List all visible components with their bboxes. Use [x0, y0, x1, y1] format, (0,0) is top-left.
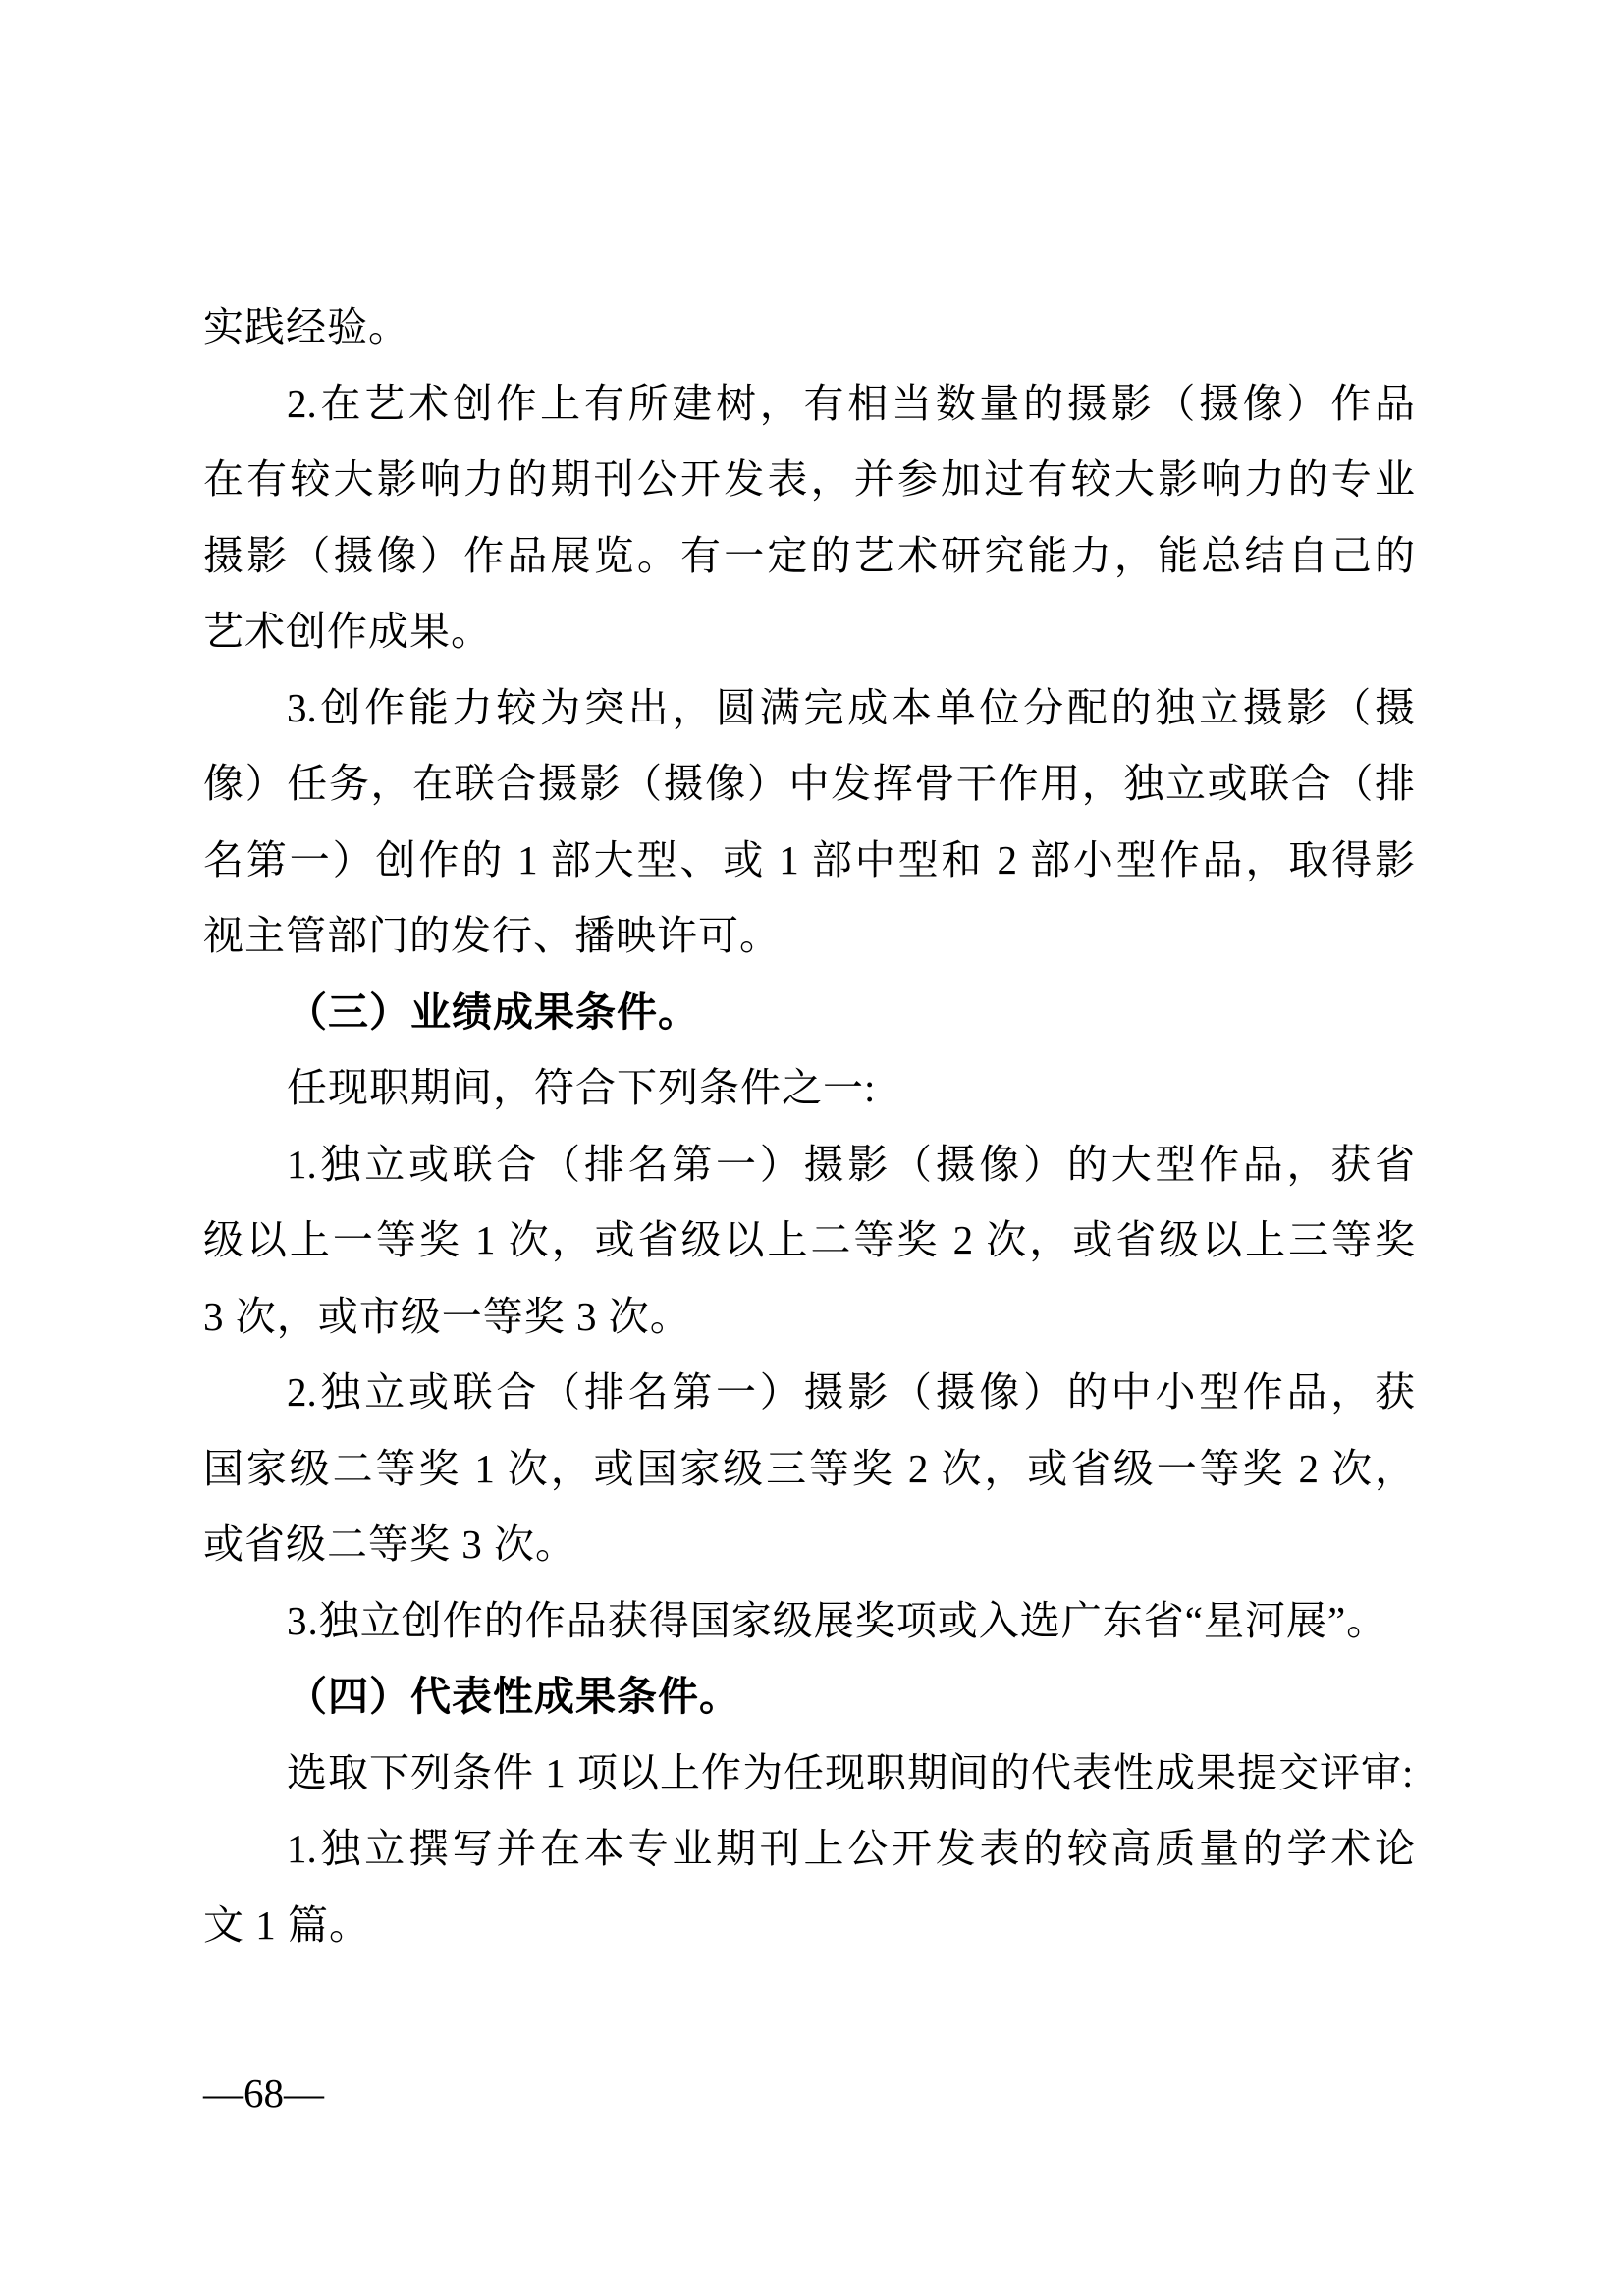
body-line: 像）任务，在联合摄影（摄像）中发挥骨干作用，独立或联合（排: [203, 746, 1415, 823]
body-line: 名第一）创作的 1 部大型、或 1 部中型和 2 部小型作品，取得影: [203, 823, 1415, 899]
body-line: 艺术创作成果。: [203, 594, 1415, 670]
document-body: 实践经验。 2.在艺术创作上有所建树，有相当数量的摄影（摄像）作品 在有较大影响…: [203, 290, 1415, 1963]
body-line: 实践经验。: [203, 290, 1415, 366]
body-line: 视主管部门的发行、播映许可。: [203, 898, 1415, 975]
body-line: 3 次，或市级一等奖 3 次。: [203, 1279, 1415, 1356]
body-line: 选取下列条件 1 项以上作为任现职期间的代表性成果提交评审:: [203, 1735, 1415, 1812]
body-line: 级以上一等奖 1 次，或省级以上二等奖 2 次，或省级以上三等奖: [203, 1202, 1415, 1279]
document-page: 实践经验。 2.在艺术创作上有所建树，有相当数量的摄影（摄像）作品 在有较大影响…: [0, 0, 1623, 2296]
page-number: —68—: [203, 2067, 324, 2118]
section-heading-3: （三）业绩成果条件。: [203, 975, 1415, 1051]
body-line: 3.独立创作的作品获得国家级展奖项或入选广东省“星河展”。: [203, 1583, 1415, 1660]
body-line: 或省级二等奖 3 次。: [203, 1507, 1415, 1583]
section-heading-4: （四）代表性成果条件。: [203, 1659, 1415, 1735]
body-line: 在有较大影响力的期刊公开发表，并参加过有较大影响力的专业: [203, 442, 1415, 518]
body-line: 1.独立撰写并在本专业期刊上公开发表的较高质量的学术论: [203, 1811, 1415, 1888]
body-line: 国家级二等奖 1 次，或国家级三等奖 2 次，或省级一等奖 2 次，: [203, 1431, 1415, 1508]
body-line: 摄影（摄像）作品展览。有一定的艺术研究能力，能总结自己的: [203, 518, 1415, 595]
body-line: 1.独立或联合（排名第一）摄影（摄像）的大型作品，获省: [203, 1127, 1415, 1203]
body-line: 2.在艺术创作上有所建树，有相当数量的摄影（摄像）作品: [203, 366, 1415, 443]
body-line: 2.独立或联合（排名第一）摄影（摄像）的中小型作品，获: [203, 1355, 1415, 1431]
body-line: 3.创作能力较为突出，圆满完成本单位分配的独立摄影（摄: [203, 670, 1415, 747]
body-line: 文 1 篇。: [203, 1888, 1415, 1964]
body-line: 任现职期间，符合下列条件之一:: [203, 1050, 1415, 1127]
